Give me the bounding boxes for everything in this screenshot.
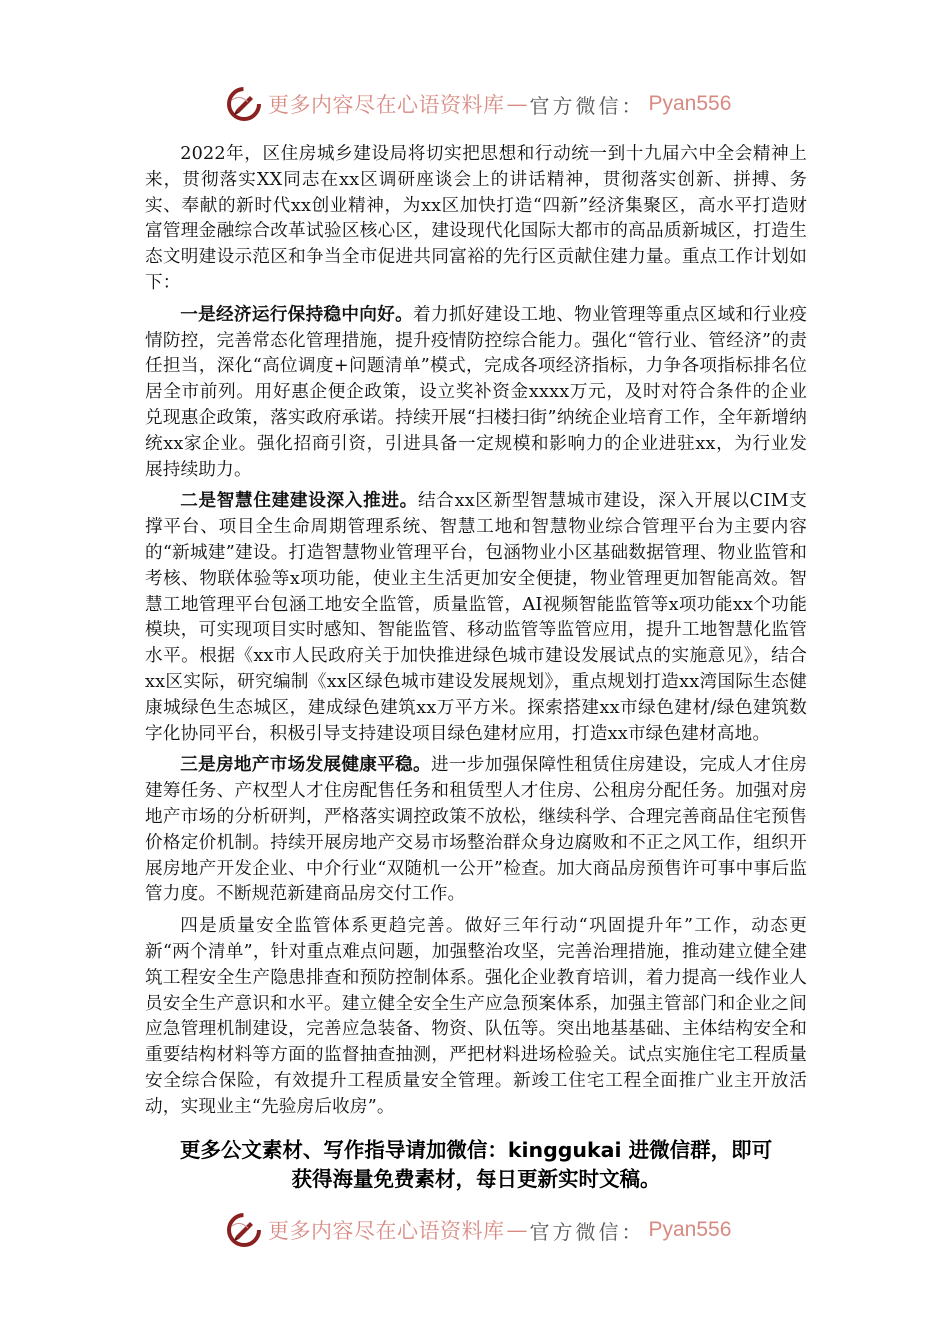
banner-dash: — xyxy=(507,92,528,116)
promo-notice: 更多公文素材、写作指导请加微信：kinggukai 进微信群，即可 获得海量免费… xyxy=(140,1136,812,1194)
promo-line-2: 获得海量免费素材，每日更新实时文稿。 xyxy=(140,1165,812,1194)
banner-site-text: 更多内容尽在心语资料库 xyxy=(268,1215,505,1245)
header-watermark-banner: 更多内容尽在心语资料库 — 官方微信： Pyan556 xyxy=(226,84,731,124)
paragraph-text: 着力抓好建设工地、物业管理等重点区域和行业疫情防控，完善常态化管理措施，提升疫情… xyxy=(145,305,807,480)
banner-wechat-label: 官方微信： xyxy=(530,90,645,119)
quill-logo-icon xyxy=(226,86,262,122)
quill-logo-icon xyxy=(226,1212,262,1248)
banner-site-text: 更多内容尽在心语资料库 xyxy=(268,89,505,119)
paragraph-heading: 三是房地产市场发展健康平稳。 xyxy=(180,755,431,775)
paragraph-smart-construction: 二是智慧住建建设深入推进。结合xx区新型智慧城市建设，深入开展以CIM支撑平台、… xyxy=(145,489,807,747)
paragraph-real-estate: 三是房地产市场发展健康平稳。进一步加强保障性租赁住房建设，完成人才住房建筹任务、… xyxy=(145,753,807,908)
paragraph-text: 结合xx区新型智慧城市建设，深入开展以CIM支撑平台、项目全生命周期管理系统、智… xyxy=(145,491,807,743)
paragraph-heading: 二是智慧住建建设深入推进。 xyxy=(180,491,418,511)
banner-wechat-label: 官方微信： xyxy=(530,1216,645,1245)
paragraph-text: 2022年，区住房城乡建设局将切实把思想和行动统一到十九届六中全会精神上来，贯彻… xyxy=(145,144,807,293)
banner-wechat-id: Pyan556 xyxy=(649,92,732,116)
paragraph-economy: 一是经济运行保持稳中向好。着力抓好建设工地、物业管理等重点区域和行业疫情防控，完… xyxy=(145,303,807,484)
footer-watermark-banner: 更多内容尽在心语资料库 — 官方微信： Pyan556 xyxy=(226,1210,731,1250)
paragraph-heading: 一是经济运行保持稳中向好。 xyxy=(180,305,413,325)
paragraph-intro: 2022年，区住房城乡建设局将切实把思想和行动统一到十九届六中全会精神上来，贯彻… xyxy=(145,142,807,297)
paragraph-quality-safety: 四是质量安全监管体系更趋完善。做好三年行动“巩固提升年”工作，动态更新“两个清单… xyxy=(145,914,807,1120)
paragraph-text: 四是质量安全监管体系更趋完善。做好三年行动“巩固提升年”工作，动态更新“两个清单… xyxy=(145,916,807,1117)
banner-wechat-id: Pyan556 xyxy=(649,1218,732,1242)
paragraph-text: 进一步加强保障性租赁住房建设，完成人才住房建筹任务、产权型人才住房配售任务和租赁… xyxy=(145,755,807,904)
promo-line-1: 更多公文素材、写作指导请加微信：kinggukai 进微信群，即可 xyxy=(140,1136,812,1165)
banner-dash: — xyxy=(507,1218,528,1242)
document-body: 2022年，区住房城乡建设局将切实把思想和行动统一到十九届六中全会精神上来，贯彻… xyxy=(145,140,807,1126)
